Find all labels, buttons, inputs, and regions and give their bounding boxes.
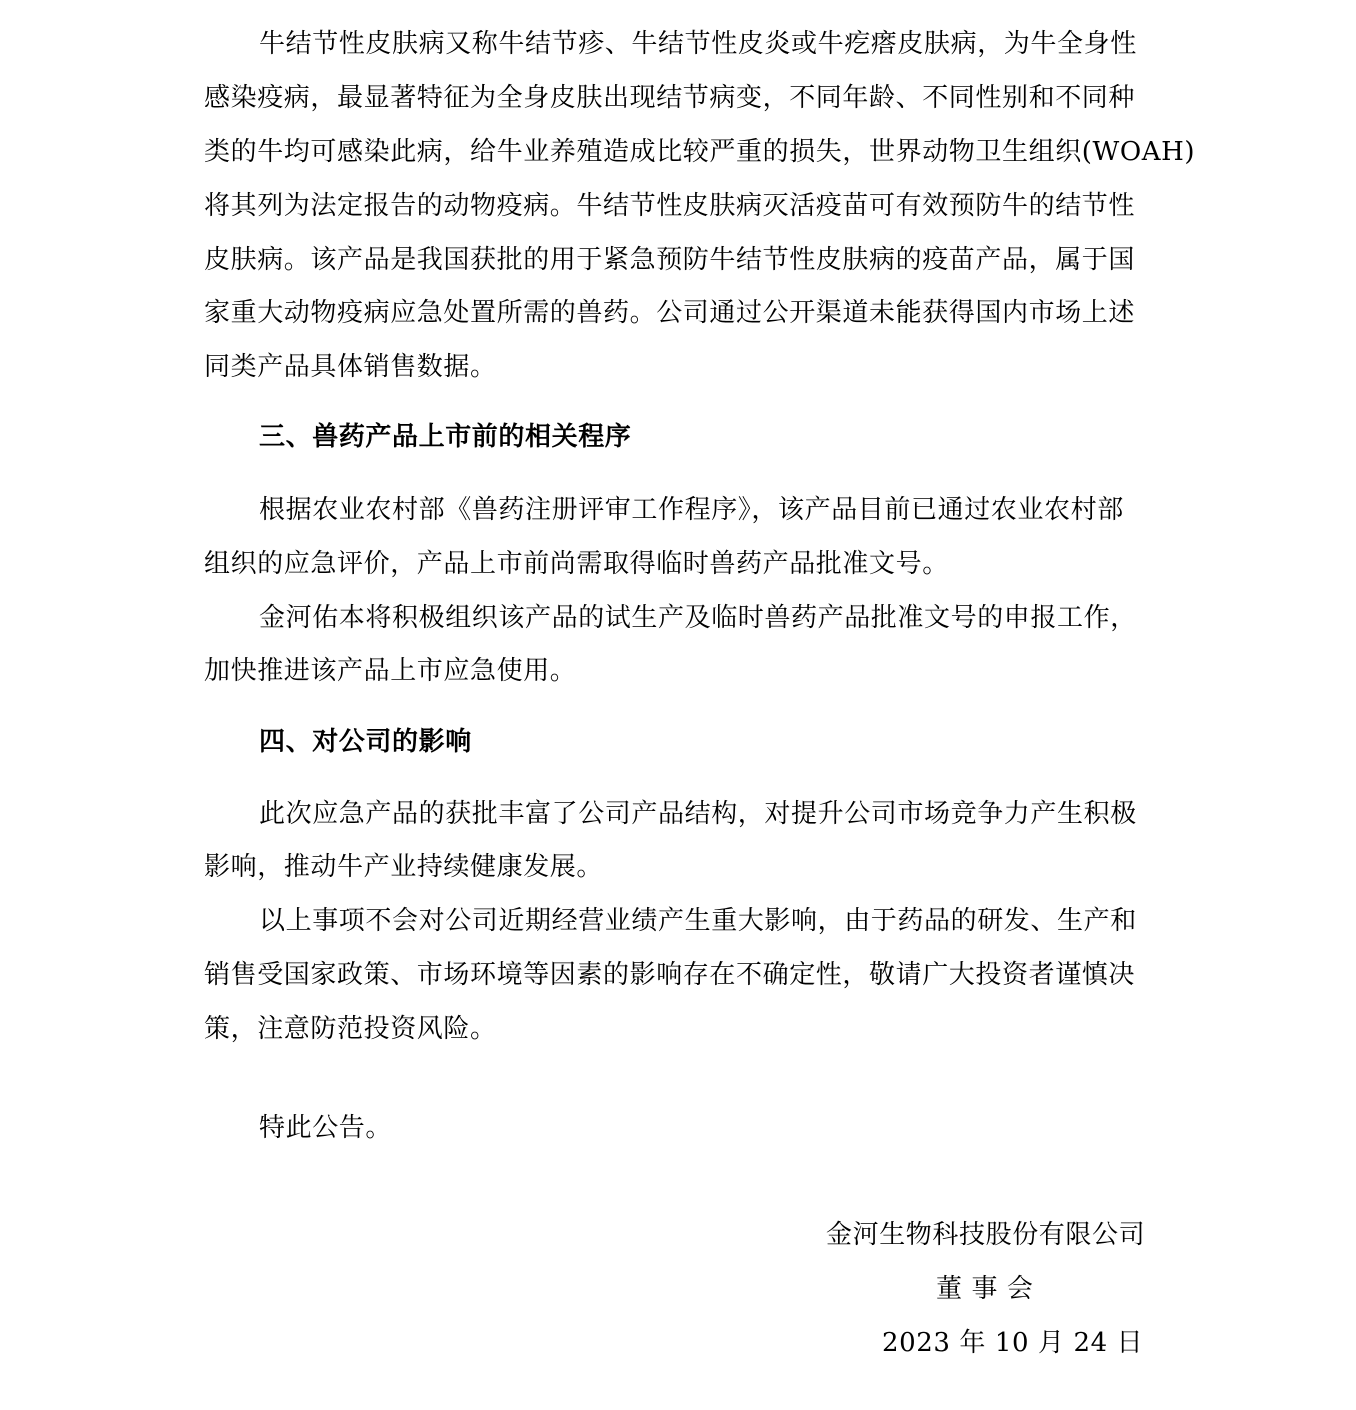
paragraph-line: 将其列为法定报告的动物疫病。牛结节性皮肤病灭活疫苗可有效预防牛的结节性 [204, 190, 1164, 222]
paragraph-line: 影响，推动牛产业持续健康发展。 [204, 851, 1164, 883]
paragraph-line: 感染疫病，最显著特征为全身皮肤出现结节病变，不同年龄、不同性别和不同种 [204, 82, 1164, 114]
paragraph-line: 根据农业农村部《兽药注册评审工作程序》，该产品目前已通过农业农村部 [259, 494, 1164, 526]
paragraph-line: 策，注意防范投资风险。 [204, 1013, 1164, 1045]
signature-company: 金河生物科技股份有限公司 [826, 1219, 1145, 1251]
paragraph-line: 以上事项不会对公司近期经营业绩产生重大影响，由于药品的研发、生产和 [259, 905, 1164, 937]
paragraph-line: 皮肤病。该产品是我国获批的用于紧急预防牛结节性皮肤病的疫苗产品，属于国 [204, 244, 1164, 276]
signature-board: 董 事 会 [936, 1273, 1034, 1305]
paragraph-line: 加快推进该产品上市应急使用。 [204, 655, 1164, 687]
paragraph-line: 同类产品具体销售数据。 [204, 351, 1164, 383]
paragraph-line: 此次应急产品的获批丰富了公司产品结构，对提升公司市场竞争力产生积极 [259, 798, 1164, 830]
section-heading-4: 四、对公司的影响 [259, 726, 1219, 758]
paragraph-line: 类的牛均可感染此病，给牛业养殖造成比较严重的损失，世界动物卫生组织(WOAH) [204, 136, 1164, 168]
paragraph-line: 销售受国家政策、市场环境等因素的影响存在不确定性，敬请广大投资者谨慎决 [204, 959, 1164, 991]
paragraph-line: 金河佑本将积极组织该产品的试生产及临时兽药产品批准文号的申报工作， [259, 602, 1164, 634]
closing-text: 特此公告。 [259, 1112, 1164, 1144]
section-heading-3: 三、兽药产品上市前的相关程序 [259, 421, 1219, 453]
document-page: 牛结节性皮肤病又称牛结节疹、牛结节性皮炎或牛疙瘩皮肤病，为牛全身性 感染疫病，最… [0, 0, 1356, 1410]
paragraph-line: 牛结节性皮肤病又称牛结节疹、牛结节性皮炎或牛疙瘩皮肤病，为牛全身性 [259, 28, 1164, 60]
paragraph-line: 组织的应急评价，产品上市前尚需取得临时兽药产品批准文号。 [204, 548, 1164, 580]
paragraph-line: 家重大动物疫病应急处置所需的兽药。公司通过公开渠道未能获得国内市场上述 [204, 297, 1164, 329]
signature-date: 2023 年 10 月 24 日 [882, 1327, 1143, 1359]
